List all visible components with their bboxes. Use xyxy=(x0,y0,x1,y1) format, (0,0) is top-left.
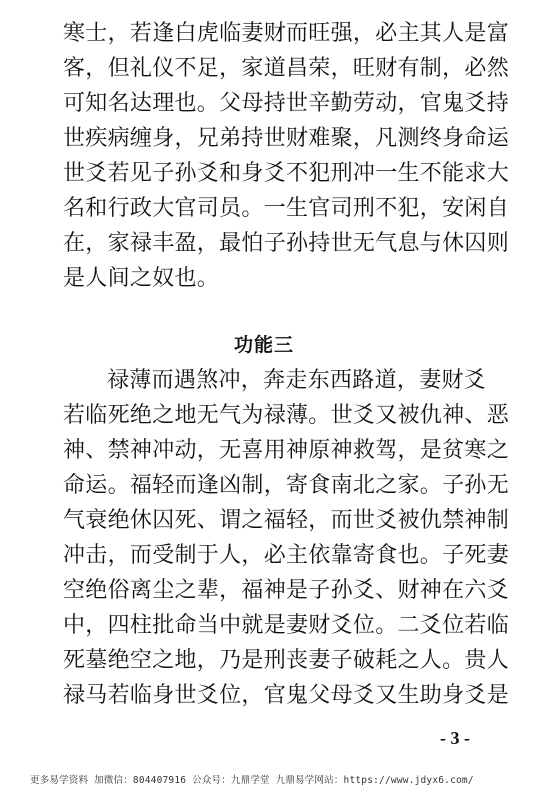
text-line: 冲击，而受制于人，必主依靠寄食也。子死妻 xyxy=(63,538,465,573)
text-line: 神、禁神冲动，无喜用神原神救驾，是贫寒之 xyxy=(63,433,465,468)
text-line: 若临死绝之地无气为禄薄。世爻又被仇神、恶 xyxy=(63,398,465,433)
page-number: - 3 - xyxy=(440,728,470,749)
text-line: 禄马若临身世爻位，官鬼父母爻又生助身爻是 xyxy=(63,678,465,713)
section-heading: 功能三 xyxy=(63,328,465,363)
text-line: 死墓绝空之地，乃是刑丧妻子破耗之人。贵人 xyxy=(63,643,465,678)
text-line: 空绝俗离尘之辈，福神是子孙爻、财神在六爻 xyxy=(63,573,465,608)
paragraph-2: 禄薄而遇煞冲，奔走东西路道，妻财爻 若临死绝之地无气为禄薄。世爻又被仇神、恶 神… xyxy=(63,363,465,713)
text-line: 世爻若见子孙爻和身爻不犯刑冲一生不能求大 xyxy=(63,156,465,191)
text-line: 可知名达理也。父母持世辛勤劳动，官鬼爻持 xyxy=(63,86,465,121)
paragraph-1: 寒士，若逢白虎临妻财而旺强，必主其人是富 客，但礼仪不足，家道昌荣，旺财有制，必… xyxy=(63,16,465,296)
text-line: 禄薄而遇煞冲，奔走东西路道，妻财爻 xyxy=(63,363,465,398)
page-body: 寒士，若逢白虎临妻财而旺强，必主其人是富 客，但礼仪不足，家道昌荣，旺财有制，必… xyxy=(63,16,465,713)
text-line: 世疾病缠身，兄弟持世财难聚，凡测终身命运 xyxy=(63,121,465,156)
text-line: 中，四柱批命当中就是妻财爻位。二爻位若临 xyxy=(63,608,465,643)
text-line: 气衰绝休囚死、谓之福轻，而世爻被仇禁神制 xyxy=(63,503,465,538)
text-line: 客，但礼仪不足，家道昌荣，旺财有制，必然 xyxy=(63,51,465,86)
footer-watermark: 更多易学资料 加微信：804407916 公众号：九鼎学堂 九鼎易学网站：htt… xyxy=(30,772,474,786)
text-line: 寒士，若逢白虎临妻财而旺强，必主其人是富 xyxy=(63,16,465,51)
text-line: 是人间之奴也。 xyxy=(63,261,465,296)
section-spacer xyxy=(63,296,465,328)
text-line: 名和行政大官司员。一生官司刑不犯，安闲自 xyxy=(63,191,465,226)
text-line: 在，家禄丰盈，最怕子孙持世无气息与休囚则 xyxy=(63,226,465,261)
text-line: 命运。福轻而逢凶制，寄食南北之家。子孙无 xyxy=(63,468,465,503)
